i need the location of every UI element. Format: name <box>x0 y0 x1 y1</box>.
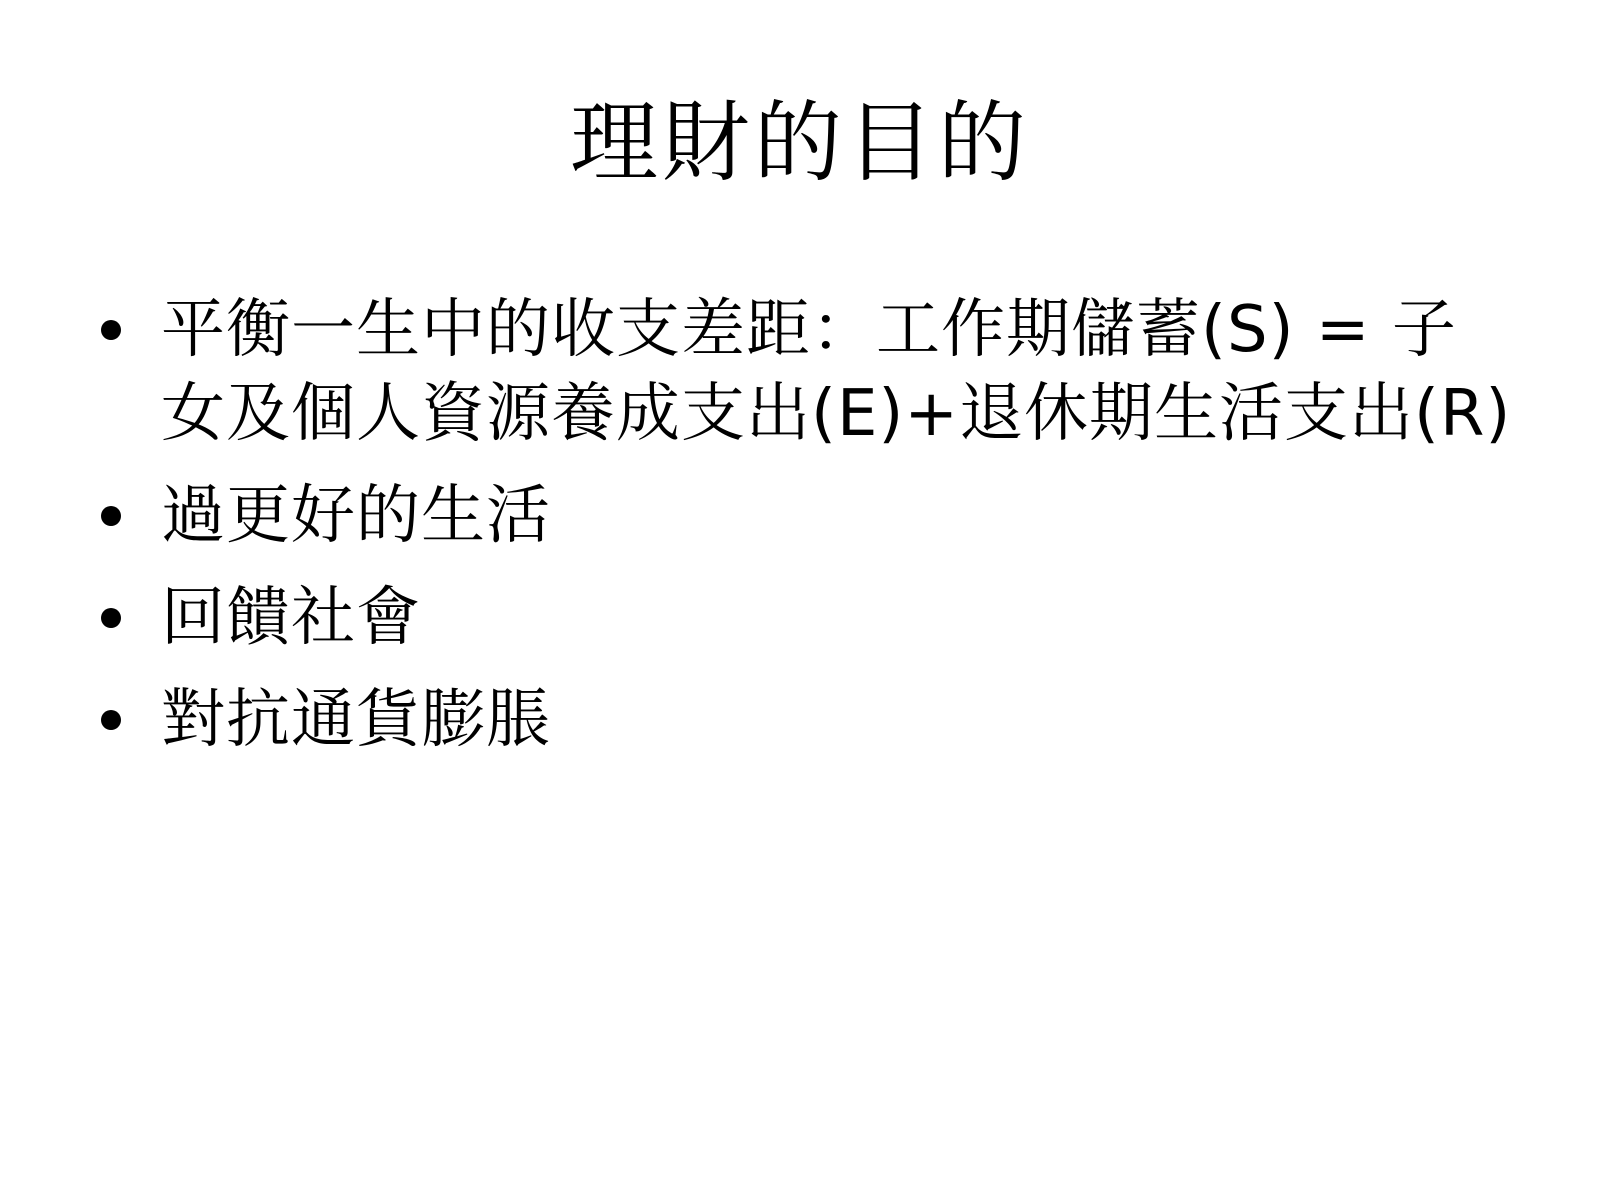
bullet-text: 平衡一生中的收支差距：工作期儲蓄(S) = 子女及個人資源養成支出(E)+退休期… <box>161 293 1511 451</box>
bullet-item-better-life: 過更好的生活 <box>95 474 1515 558</box>
bullet-item-inflation: 對抗通貨膨脹 <box>95 678 1515 762</box>
bullet-item-balance: 平衡一生中的收支差距：工作期儲蓄(S) = 子女及個人資源養成支出(E)+退休期… <box>95 288 1515 456</box>
bullet-dot-icon <box>101 320 121 340</box>
bullet-list: 平衡一生中的收支差距：工作期儲蓄(S) = 子女及個人資源養成支出(E)+退休期… <box>95 288 1515 780</box>
bullet-dot-icon <box>101 710 121 730</box>
presentation-slide: 理財的目的 平衡一生中的收支差距：工作期儲蓄(S) = 子女及個人資源養成支出(… <box>0 0 1600 1200</box>
bullet-dot-icon <box>101 506 121 526</box>
slide-title: 理財的目的 <box>0 88 1600 198</box>
bullet-item-give-back: 回饋社會 <box>95 576 1515 660</box>
bullet-dot-icon <box>101 608 121 628</box>
bullet-text: 過更好的生活 <box>161 479 551 553</box>
bullet-text: 對抗通貨膨脹 <box>161 683 551 757</box>
bullet-text: 回饋社會 <box>161 581 421 655</box>
